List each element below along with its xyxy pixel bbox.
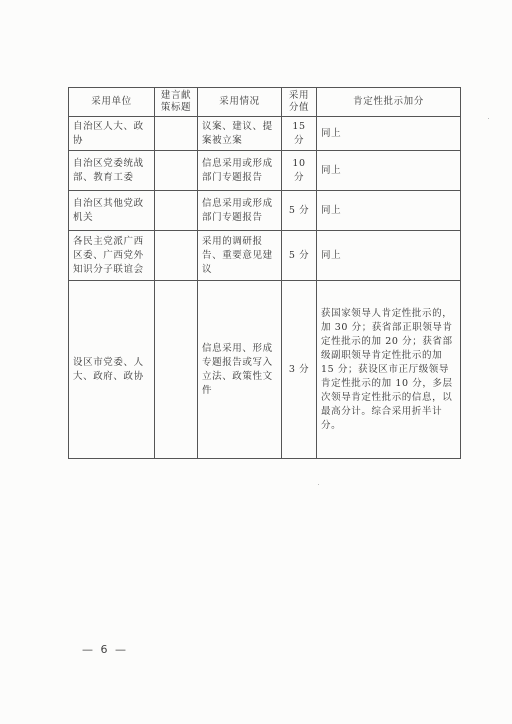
cell-bonus: 同上 xyxy=(317,117,461,151)
cell-unit: 各民主党派广西区委、广西党外知识分子联谊会 xyxy=(69,231,155,281)
cell-score: 5 分 xyxy=(282,231,317,281)
cell-usage: 信息采用或形成部门专题报告 xyxy=(198,191,282,231)
cell-score: 10 分 xyxy=(282,151,317,191)
document-page: 采用单位 建言献策标题 采用情况 采用分值 肯定性批示加分 自治区人大、政协 议… xyxy=(0,0,512,724)
table-row: 设区市党委、人大、政府、政协 信息采用、形成专题报告或写入立法、政策性文件 3 … xyxy=(69,281,461,459)
cell-bonus: 获国家领导人肯定性批示的，加 30 分；获省部正职领导肯定性批示的加 20 分；… xyxy=(317,281,461,459)
cell-score: 15 分 xyxy=(282,117,317,151)
header-unit: 采用单位 xyxy=(69,88,155,117)
cell-bonus: 同上 xyxy=(317,231,461,281)
cell-score: 3 分 xyxy=(282,281,317,459)
scoring-table: 采用单位 建言献策标题 采用情况 采用分值 肯定性批示加分 自治区人大、政协 议… xyxy=(68,87,461,459)
table-row: 自治区人大、政协 议案、建议、提案被立案 15 分 同上 xyxy=(69,117,461,151)
cell-unit: 自治区其他党政机关 xyxy=(69,191,155,231)
cell-unit: 自治区党委统战部、教育工委 xyxy=(69,151,155,191)
cell-usage: 信息采用或形成部门专题报告 xyxy=(198,151,282,191)
header-title: 建言献策标题 xyxy=(155,88,198,117)
table-row: 自治区其他党政机关 信息采用或形成部门专题报告 5 分 同上 xyxy=(69,191,461,231)
cell-unit: 设区市党委、人大、政府、政协 xyxy=(69,281,155,459)
header-score: 采用分值 xyxy=(282,88,317,117)
cell-usage: 议案、建议、提案被立案 xyxy=(198,117,282,151)
table-header-row: 采用单位 建言献策标题 采用情况 采用分值 肯定性批示加分 xyxy=(69,88,461,117)
cell-title xyxy=(155,191,198,231)
cell-bonus: 同上 xyxy=(317,151,461,191)
scan-speck xyxy=(488,118,489,119)
table-row: 自治区党委统战部、教育工委 信息采用或形成部门专题报告 10 分 同上 xyxy=(69,151,461,191)
cell-usage: 采用的调研报告、重要意见建议 xyxy=(198,231,282,281)
cell-title xyxy=(155,117,198,151)
scan-speck xyxy=(318,484,319,485)
cell-unit: 自治区人大、政协 xyxy=(69,117,155,151)
cell-bonus: 同上 xyxy=(317,191,461,231)
cell-title xyxy=(155,281,198,459)
cell-title xyxy=(155,231,198,281)
cell-title xyxy=(155,151,198,191)
page-number: — 6 — xyxy=(82,643,128,656)
table-row: 各民主党派广西区委、广西党外知识分子联谊会 采用的调研报告、重要意见建议 5 分… xyxy=(69,231,461,281)
header-usage: 采用情况 xyxy=(198,88,282,117)
cell-usage: 信息采用、形成专题报告或写入立法、政策性文件 xyxy=(198,281,282,459)
cell-score: 5 分 xyxy=(282,191,317,231)
header-bonus: 肯定性批示加分 xyxy=(317,88,461,117)
